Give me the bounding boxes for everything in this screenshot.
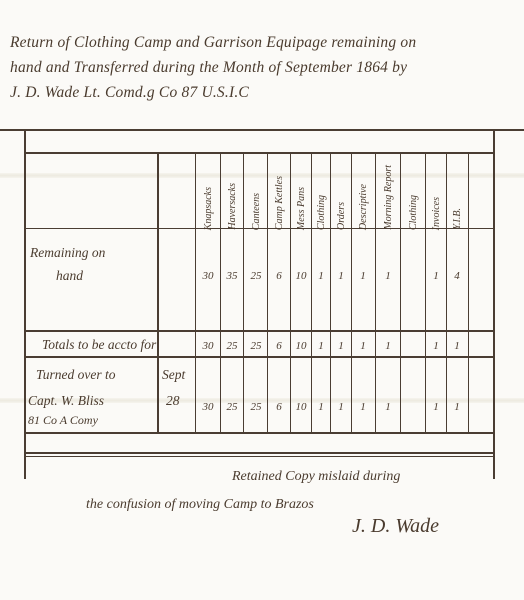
title-line-2: hand and Transferred during the Month of… [10, 55, 515, 80]
row-label: Turned over to [36, 367, 116, 383]
row-label: Totals to be accto for [42, 337, 156, 353]
grid-bottom [24, 432, 493, 434]
row1-bottom [24, 330, 493, 332]
row-label: hand [56, 268, 83, 284]
double-rule-2 [24, 456, 493, 457]
column-header: Canteens [244, 155, 268, 230]
frame-right [493, 129, 495, 479]
footer-note-line2: the confusion of moving Camp to Brazos [86, 497, 314, 513]
document-title: Return of Clothing Camp and Garrison Equ… [10, 30, 515, 105]
row2-bottom [24, 356, 493, 358]
row-label: 81 Co A Comy [28, 413, 98, 428]
frame-left [24, 129, 26, 479]
column-header: Clothing [401, 155, 425, 230]
frame-top-rule [0, 129, 524, 131]
row-label: Capt. W. Bliss [28, 393, 104, 409]
footer-note-line1: Retained Copy mislaid during [232, 469, 400, 485]
column-header: Y.I.B. [445, 155, 469, 230]
title-line-1: Return of Clothing Camp and Garrison Equ… [10, 30, 515, 55]
column-header: Descriptive [351, 155, 375, 230]
row-label: Remaining on [30, 245, 105, 261]
column-header: Knapsacks [196, 155, 220, 230]
row-date: 28 [166, 393, 180, 409]
col-line [157, 152, 159, 432]
double-rule-1 [24, 452, 493, 454]
column-header: Orders [329, 155, 353, 230]
grid-top [24, 152, 493, 154]
signature: J. D. Wade [352, 515, 439, 538]
title-line-3: J. D. Wade Lt. Comd.g Co 87 U.S.I.C [10, 80, 515, 105]
column-header: Haversacks [220, 155, 244, 230]
column-header: Camp Kettles [267, 155, 291, 230]
column-header: Morning Report [376, 155, 400, 230]
row-date: Sept [162, 367, 185, 383]
